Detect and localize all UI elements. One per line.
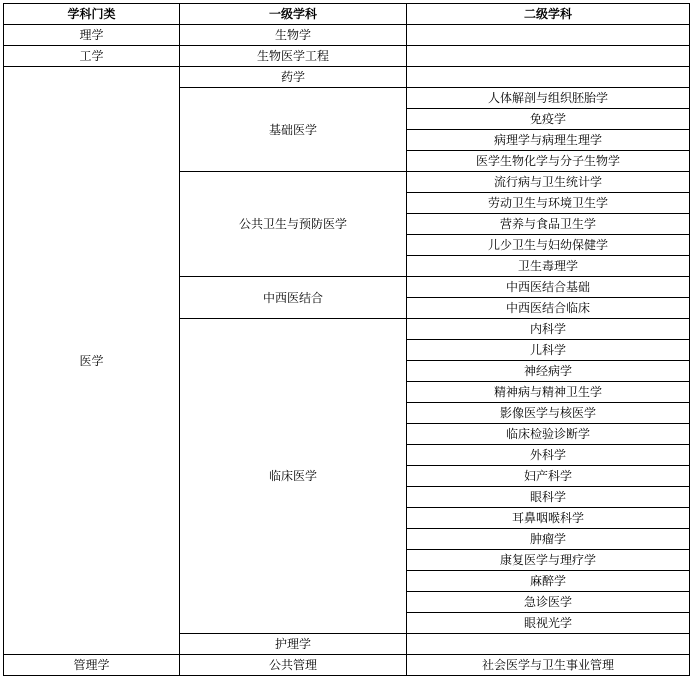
header-first-level: 一级学科 xyxy=(180,4,407,25)
first-level-cell: 护理学 xyxy=(180,634,407,655)
second-level-cell: 麻醉学 xyxy=(407,571,690,592)
table-row: 管理学 公共管理 社会医学与卫生事业管理 xyxy=(4,655,690,676)
second-level-cell xyxy=(407,46,690,67)
category-cell: 理学 xyxy=(4,25,180,46)
second-level-cell: 社会医学与卫生事业管理 xyxy=(407,655,690,676)
second-level-cell: 神经病学 xyxy=(407,361,690,382)
second-level-cell: 病理学与病理生理学 xyxy=(407,130,690,151)
second-level-cell xyxy=(407,67,690,88)
second-level-cell: 人体解剖与组织胚胎学 xyxy=(407,88,690,109)
second-level-cell: 肿瘤学 xyxy=(407,529,690,550)
second-level-cell: 儿科学 xyxy=(407,340,690,361)
second-level-cell: 影像医学与核医学 xyxy=(407,403,690,424)
first-level-cell: 临床医学 xyxy=(180,319,407,634)
second-level-cell: 耳鼻咽喉科学 xyxy=(407,508,690,529)
second-level-cell xyxy=(407,634,690,655)
second-level-cell: 临床检验诊断学 xyxy=(407,424,690,445)
second-level-cell: 流行病与卫生统计学 xyxy=(407,172,690,193)
first-level-cell: 中西医结合 xyxy=(180,277,407,319)
first-level-cell: 公共管理 xyxy=(180,655,407,676)
category-cell: 工学 xyxy=(4,46,180,67)
second-level-cell: 外科学 xyxy=(407,445,690,466)
first-level-cell: 公共卫生与预防医学 xyxy=(180,172,407,277)
second-level-cell: 中西医结合基础 xyxy=(407,277,690,298)
second-level-cell: 眼视光学 xyxy=(407,613,690,634)
second-level-cell: 营养与食品卫生学 xyxy=(407,214,690,235)
second-level-cell: 免疫学 xyxy=(407,109,690,130)
second-level-cell: 内科学 xyxy=(407,319,690,340)
first-level-cell: 药学 xyxy=(180,67,407,88)
second-level-cell: 劳动卫生与环境卫生学 xyxy=(407,193,690,214)
category-cell: 管理学 xyxy=(4,655,180,676)
category-cell: 医学 xyxy=(4,67,180,655)
second-level-cell: 中西医结合临床 xyxy=(407,298,690,319)
second-level-cell: 医学生物化学与分子生物学 xyxy=(407,151,690,172)
table-row: 工学 生物医学工程 xyxy=(4,46,690,67)
discipline-table: 学科门类 一级学科 二级学科 理学 生物学 工学 生物医学工程 医学 药学 基础… xyxy=(3,3,690,676)
first-level-cell: 生物医学工程 xyxy=(180,46,407,67)
header-second-level: 二级学科 xyxy=(407,4,690,25)
table-row: 医学 药学 xyxy=(4,67,690,88)
second-level-cell: 精神病与精神卫生学 xyxy=(407,382,690,403)
second-level-cell: 康复医学与理疗学 xyxy=(407,550,690,571)
header-category: 学科门类 xyxy=(4,4,180,25)
discipline-table-container: 学科门类 一级学科 二级学科 理学 生物学 工学 生物医学工程 医学 药学 基础… xyxy=(3,3,690,676)
first-level-cell: 生物学 xyxy=(180,25,407,46)
table-header-row: 学科门类 一级学科 二级学科 xyxy=(4,4,690,25)
table-row: 理学 生物学 xyxy=(4,25,690,46)
second-level-cell: 妇产科学 xyxy=(407,466,690,487)
first-level-cell: 基础医学 xyxy=(180,88,407,172)
second-level-cell: 眼科学 xyxy=(407,487,690,508)
second-level-cell: 儿少卫生与妇幼保健学 xyxy=(407,235,690,256)
second-level-cell xyxy=(407,25,690,46)
second-level-cell: 急诊医学 xyxy=(407,592,690,613)
second-level-cell: 卫生毒理学 xyxy=(407,256,690,277)
